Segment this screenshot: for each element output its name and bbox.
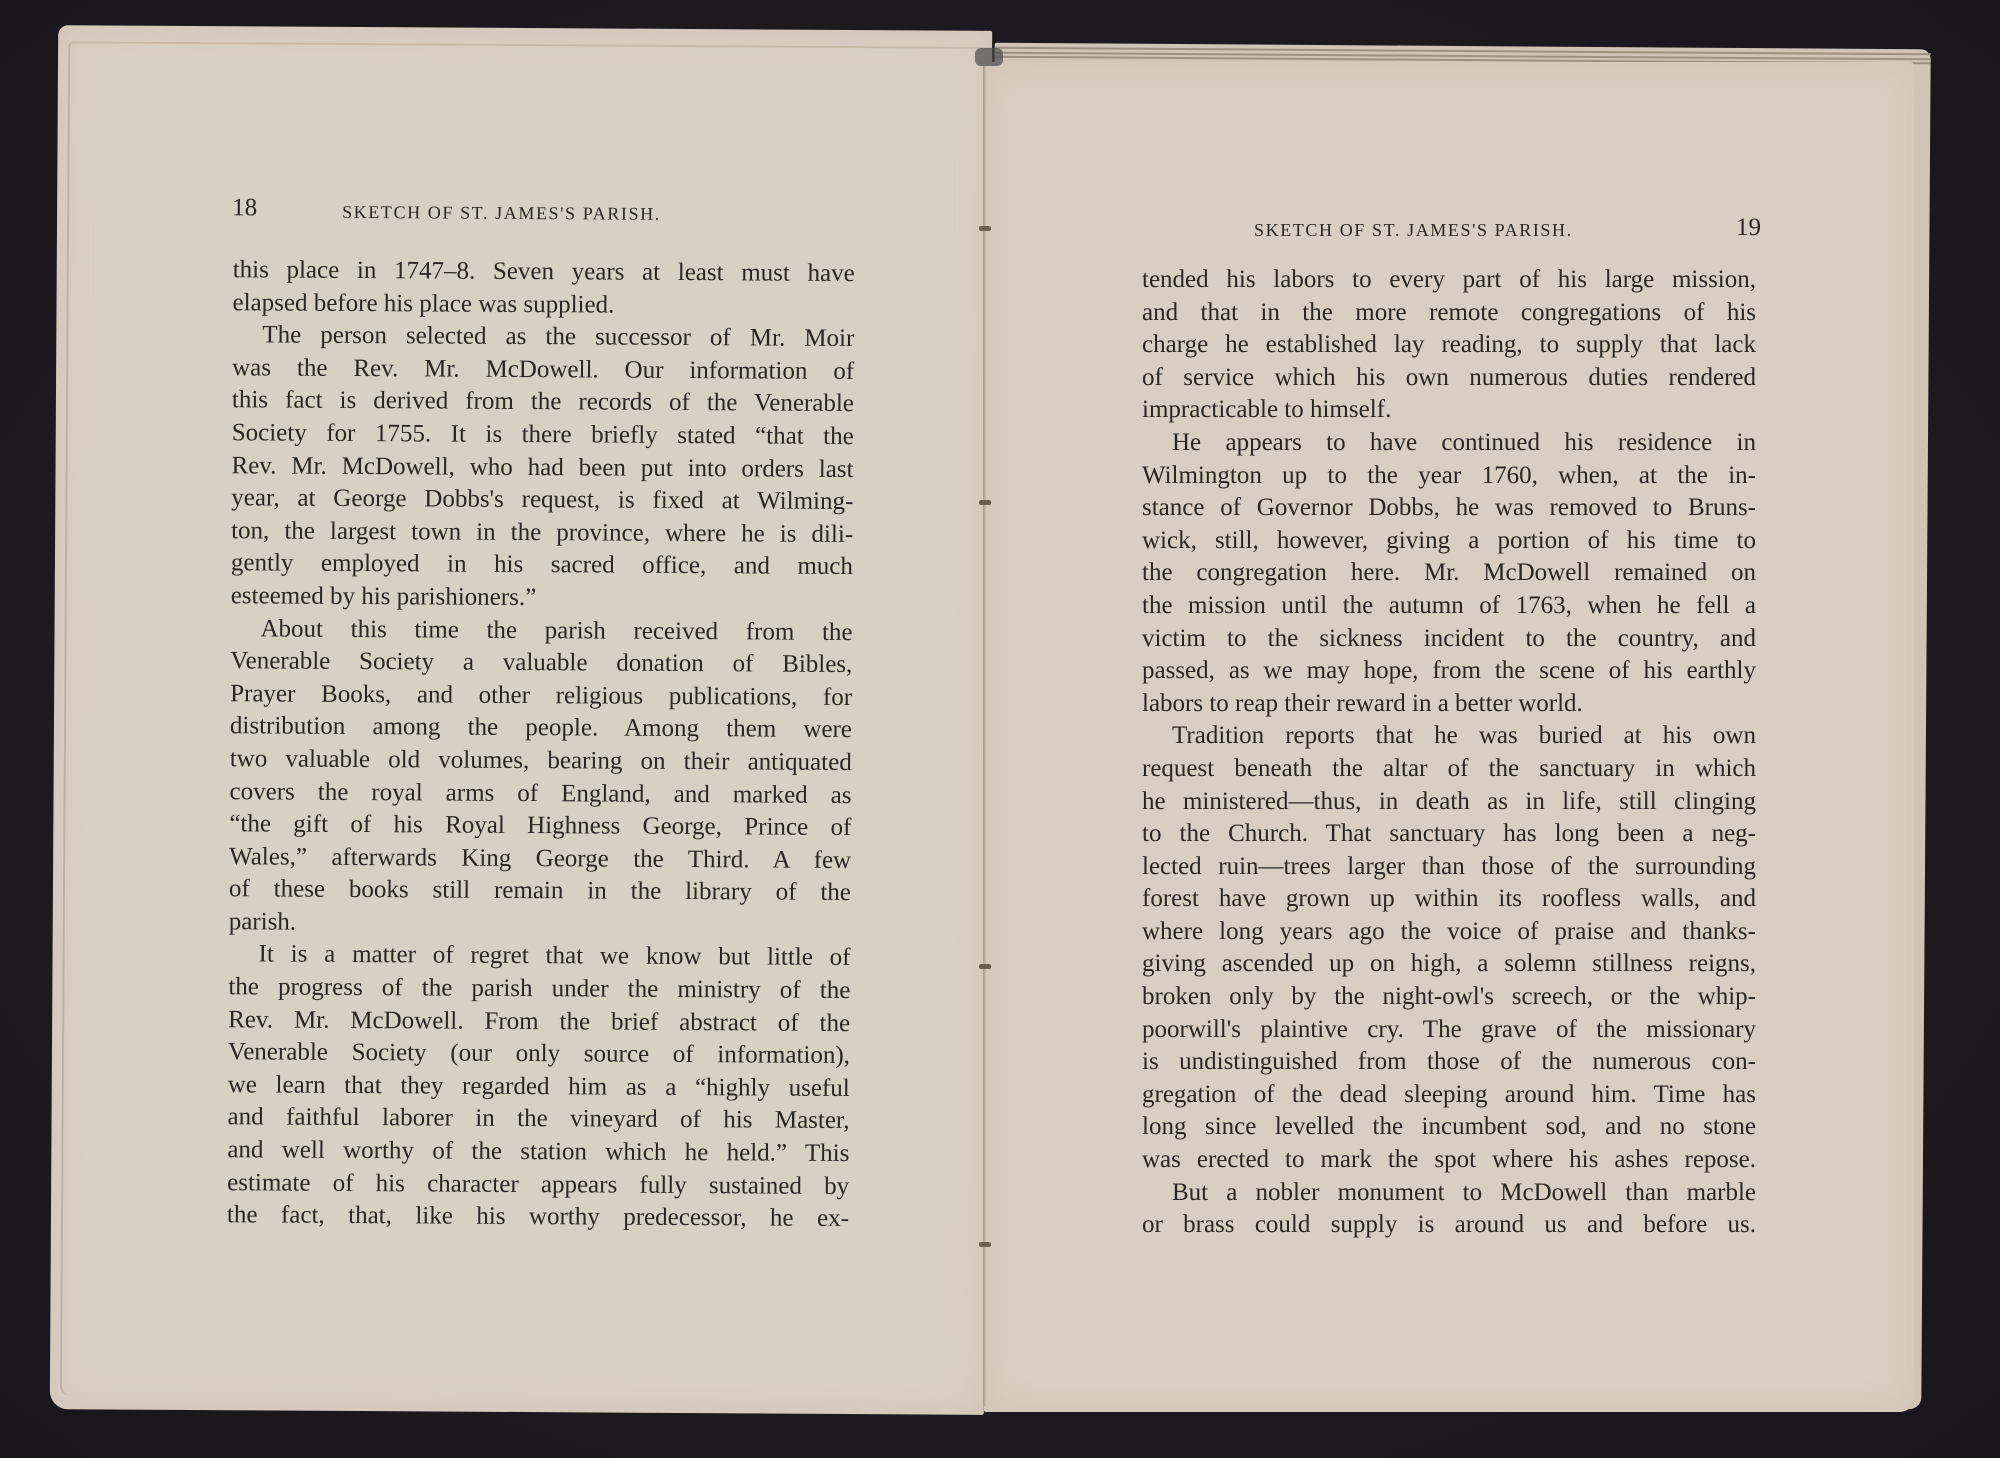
- text-line: Society for 1755. It is there briefly st…: [232, 417, 854, 453]
- text-line: Rev. Mr. McDowell. From the brief abstra…: [228, 1004, 850, 1040]
- text-line: forest have grown up within its roofless…: [1142, 883, 1756, 916]
- book-spine-gutter: [983, 66, 986, 1406]
- text-line: covers the royal arms of England, and ma…: [229, 776, 851, 812]
- text-line: and that in the more remote congregation…: [1142, 297, 1756, 330]
- text-line: Rev. Mr. McDowell, who had been put into…: [231, 450, 853, 486]
- text-line: victim to the sickness incident to the c…: [1142, 623, 1756, 656]
- left-running-head: SKETCH OF ST. JAMES'S PARISH.: [342, 202, 661, 225]
- text-line: to the Church. That sanctuary has long b…: [1142, 818, 1756, 851]
- text-line: we learn that they regarded him as a “hi…: [228, 1069, 850, 1105]
- right-running-head: SKETCH OF ST. JAMES'S PARISH.: [1254, 220, 1573, 241]
- text-line: tended his labors to every part of his l…: [1142, 264, 1756, 297]
- text-line: the congregation here. Mr. McDowell rema…: [1142, 557, 1756, 590]
- text-line: was the Rev. Mr. McDowell. Our informati…: [232, 352, 854, 388]
- text-line: stance of Governor Dobbs, he was removed…: [1142, 492, 1756, 525]
- text-line: gently employed in his sacred office, an…: [231, 548, 853, 584]
- text-line: of these books still remain in the libra…: [229, 874, 851, 910]
- text-line: where long years ago the voice of praise…: [1142, 916, 1756, 949]
- text-line: was erected to mark the spot where his a…: [1142, 1144, 1756, 1177]
- text-line: the progress of the parish under the min…: [228, 971, 850, 1007]
- text-line: request beneath the altar of the sanctua…: [1142, 753, 1756, 786]
- text-line: year, at George Dobbs's request, is fixe…: [231, 482, 853, 518]
- text-line: two valuable old volumes, bearing on the…: [230, 743, 852, 779]
- text-line: ton, the largest town in the province, w…: [231, 515, 853, 551]
- text-line: charge he established lay reading, to su…: [1142, 329, 1756, 362]
- text-line: the mission until the autumn of 1763, wh…: [1142, 590, 1756, 623]
- binding-thread-knot: [975, 48, 1003, 66]
- text-line: of service which his own numerous duties…: [1142, 362, 1756, 395]
- text-line: this fact is derived from the records of…: [232, 385, 854, 421]
- text-line: and well worthy of the station which he …: [227, 1134, 849, 1170]
- right-page-number: 19: [1736, 214, 1761, 242]
- text-line: or brass could supply is around us and b…: [1142, 1209, 1756, 1242]
- binding-stitch: [979, 500, 991, 505]
- text-line: passed, as we may hope, from the scene o…: [1142, 655, 1756, 688]
- text-line: the fact, that, like his worthy predeces…: [227, 1199, 849, 1235]
- binding-stitch: [979, 1242, 991, 1247]
- text-line: distribution among the people. Among the…: [230, 711, 852, 747]
- text-line: But a nobler monument to McDowell than m…: [1142, 1177, 1756, 1210]
- text-line: parish.: [229, 906, 851, 942]
- text-line: gregation of the dead sleeping around hi…: [1142, 1079, 1756, 1112]
- text-line: poorwill's plaintive cry. The grave of t…: [1142, 1014, 1756, 1047]
- text-line: impracticable to himself.: [1142, 394, 1756, 427]
- text-line: he ministered—thus, in death as in life,…: [1142, 786, 1756, 819]
- left-page-number: 18: [232, 194, 257, 222]
- text-line: Venerable Society (our only source of in…: [228, 1036, 850, 1072]
- text-line: esteemed by his parishioners.”: [231, 580, 853, 616]
- right-page-body: tended his labors to every part of his l…: [1142, 264, 1756, 1242]
- right-page: SKETCH OF ST. JAMES'S PARISH. 19 tended …: [984, 62, 1914, 1412]
- text-line: Wilmington up to the year 1760, when, at…: [1142, 460, 1756, 493]
- text-line: broken only by the night-owl's screech, …: [1142, 981, 1756, 1014]
- left-page: 18 SKETCH OF ST. JAMES'S PARISH. this pl…: [50, 25, 992, 1415]
- text-line: estimate of his character appears fully …: [227, 1167, 849, 1203]
- text-line: Tradition reports that he was buried at …: [1142, 720, 1756, 753]
- text-line: long since levelled the incumbent sod, a…: [1142, 1111, 1756, 1144]
- text-line: Venerable Society a valuable donation of…: [230, 645, 852, 681]
- text-line: giving ascended up on high, a solemn sti…: [1142, 948, 1756, 981]
- binding-stitch: [979, 964, 991, 969]
- scan-background: 18 SKETCH OF ST. JAMES'S PARISH. this pl…: [0, 0, 2000, 1458]
- binding-stitch: [979, 226, 991, 231]
- text-line: “the gift of his Royal Highness George, …: [229, 808, 851, 844]
- text-line: About this time the parish received from…: [230, 613, 852, 649]
- text-line: labors to reap their reward in a better …: [1142, 688, 1756, 721]
- text-line: He appears to have continued his residen…: [1142, 427, 1756, 460]
- text-line: and faithful laborer in the vineyard of …: [227, 1102, 849, 1138]
- text-line: Prayer Books, and other religious public…: [230, 678, 852, 714]
- left-page-body: this place in 1747–8. Seven years at lea…: [227, 254, 855, 1236]
- text-line: elapsed before his place was supplied.: [232, 287, 854, 323]
- text-line: is undistinguished from those of the num…: [1142, 1046, 1756, 1079]
- text-line: lected ruin—trees larger than those of t…: [1142, 851, 1756, 884]
- text-line: this place in 1747–8. Seven years at lea…: [233, 254, 855, 290]
- text-line: Wales,” afterwards King George the Third…: [229, 841, 851, 877]
- text-line: wick, still, however, giving a portion o…: [1142, 525, 1756, 558]
- text-line: The person selected as the successor of …: [232, 319, 854, 355]
- text-line: It is a matter of regret that we know bu…: [228, 939, 850, 975]
